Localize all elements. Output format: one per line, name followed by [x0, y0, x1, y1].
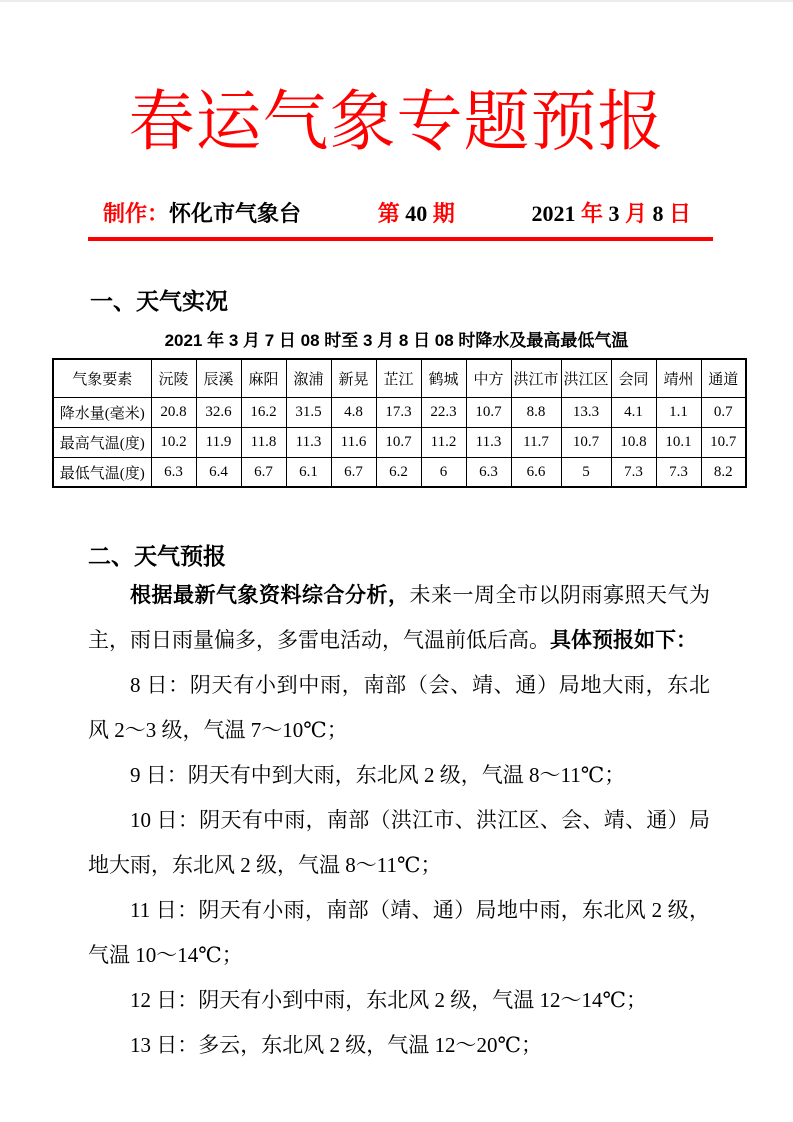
producer-value: 怀化市气象台	[169, 201, 301, 226]
table-cell: 10.1	[656, 427, 701, 457]
table-header-cell: 麻阳	[241, 359, 286, 397]
table-cell: 11.6	[331, 427, 376, 457]
table-cell: 6.2	[376, 457, 421, 487]
table-cell: 6.6	[511, 457, 561, 487]
issue-prefix: 第	[378, 201, 400, 226]
table-row: 降水量(毫米)20.832.616.231.54.817.322.310.78.…	[53, 397, 746, 427]
table-header-cell: 靖州	[656, 359, 701, 397]
table-cell: 1.1	[656, 397, 701, 427]
table-row: 最低气温(度)6.36.46.76.16.76.266.36.657.37.38…	[53, 457, 746, 487]
table-header-cell: 辰溪	[196, 359, 241, 397]
table-header-cell: 洪江区	[561, 359, 611, 397]
table-header-cell: 气象要素	[53, 359, 151, 397]
table-cell: 10.7	[376, 427, 421, 457]
table-cell: 32.6	[196, 397, 241, 427]
table-cell: 6.3	[151, 457, 196, 487]
table-header-cell: 溆浦	[286, 359, 331, 397]
table-cell: 6.3	[466, 457, 511, 487]
forecast-paragraph: 9 日：阴天有中到大雨，东北风 2 级，气温 8～11℃；	[88, 753, 710, 798]
table-cell: 4.8	[331, 397, 376, 427]
forecast-paragraph: 8 日：阴天有小到中雨，南部（会、靖、通）局地大雨，东北风 2～3 级，气温 7…	[88, 663, 710, 753]
date-day: 8	[652, 201, 663, 226]
table-cell: 6.7	[241, 457, 286, 487]
table-cell: 13.3	[561, 397, 611, 427]
row-label-cell: 降水量(毫米)	[53, 397, 151, 427]
table-cell: 6	[421, 457, 466, 487]
table-header-cell: 沅陵	[151, 359, 196, 397]
weather-table-title: 2021 年 3 月 7 日 08 时至 3 月 8 日 08 时降水及最高最低…	[0, 326, 793, 351]
table-cell: 7.3	[656, 457, 701, 487]
producer-label: 制作：	[103, 201, 169, 226]
table-header-row: 气象要素沅陵辰溪麻阳溆浦新晃芷江鹤城中方洪江市洪江区会同靖州通道	[53, 359, 746, 397]
table-cell: 8.8	[511, 397, 561, 427]
table-cell: 11.9	[196, 427, 241, 457]
document-title: 春运气象专题预报	[0, 2, 793, 157]
table-cell: 6.7	[331, 457, 376, 487]
table-cell: 16.2	[241, 397, 286, 427]
table-cell: 4.1	[611, 397, 656, 427]
table-cell: 0.7	[701, 397, 746, 427]
weather-table: 气象要素沅陵辰溪麻阳溆浦新晃芷江鹤城中方洪江市洪江区会同靖州通道降水量(毫米)2…	[52, 358, 747, 488]
row-label-cell: 最低气温(度)	[53, 457, 151, 487]
table-cell: 6.1	[286, 457, 331, 487]
date-year: 2021	[531, 201, 575, 226]
table-cell: 10.7	[561, 427, 611, 457]
table-header-cell: 会同	[611, 359, 656, 397]
date-year-unit: 年	[581, 201, 603, 226]
table-cell: 11.8	[241, 427, 286, 457]
forecast-paragraph: 13 日：多云，东北风 2 级，气温 12～20℃；	[88, 1023, 710, 1068]
forecast-list: 8 日：阴天有小到中雨，南部（会、靖、通）局地大雨，东北风 2～3 级，气温 7…	[88, 663, 710, 1068]
table-header-cell: 通道	[701, 359, 746, 397]
table-cell: 22.3	[421, 397, 466, 427]
forecast-paragraph: 12 日：阴天有小到中雨，东北风 2 级，气温 12～14℃；	[88, 978, 710, 1023]
table-cell: 10.2	[151, 427, 196, 457]
table-cell: 11.2	[421, 427, 466, 457]
forecast-paragraph: 10 日：阴天有中雨，南部（洪江市、洪江区、会、靖、通）局地大雨，东北风 2 级…	[88, 798, 710, 888]
intro-bold-lead: 根据最新气象资料综合分析，	[130, 584, 410, 607]
table-header-cell: 鹤城	[421, 359, 466, 397]
issue-suffix: 期	[433, 201, 455, 226]
table-cell: 11.7	[511, 427, 561, 457]
table-cell: 10.7	[466, 397, 511, 427]
table-header-cell: 新晃	[331, 359, 376, 397]
table-cell: 10.7	[701, 427, 746, 457]
intro-bold-tail: 具体预报如下：	[550, 629, 697, 652]
meta-row: 制作：怀化市气象台 第 40 期 2021 年 3 月 8 日	[88, 197, 713, 241]
forecast-intro-paragraph: 根据最新气象资料综合分析，未来一周全市以阴雨寡照天气为主，雨日雨量偏多，多雷电活…	[88, 573, 710, 663]
document-page: 春运气象专题预报 制作：怀化市气象台 第 40 期 2021 年 3 月 8 日…	[0, 0, 793, 1122]
producer: 制作：怀化市气象台	[103, 197, 301, 228]
table-cell: 17.3	[376, 397, 421, 427]
date-day-unit: 日	[669, 201, 691, 226]
date-month-unit: 月	[625, 201, 647, 226]
issue-date: 2021 年 3 月 8 日	[531, 197, 691, 228]
date-month: 3	[608, 201, 619, 226]
table-row: 最高气温(度)10.211.911.811.311.610.711.211.31…	[53, 427, 746, 457]
table-cell: 31.5	[286, 397, 331, 427]
row-label-cell: 最高气温(度)	[53, 427, 151, 457]
forecast-paragraph: 11 日：阴天有小雨，南部（靖、通）局地中雨，东北风 2 级，气温 10～14℃…	[88, 888, 710, 978]
table-header-cell: 中方	[466, 359, 511, 397]
table-cell: 11.3	[286, 427, 331, 457]
issue-value: 40	[405, 201, 427, 226]
table-cell: 6.4	[196, 457, 241, 487]
table-cell: 10.8	[611, 427, 656, 457]
table-cell: 20.8	[151, 397, 196, 427]
table-cell: 7.3	[611, 457, 656, 487]
issue-number: 第 40 期	[378, 197, 455, 228]
section-forecast: 二、天气预报 根据最新气象资料综合分析，未来一周全市以阴雨寡照天气为主，雨日雨量…	[88, 538, 710, 1068]
table-cell: 11.3	[466, 427, 511, 457]
section-heading-actual-weather: 一、天气实况	[90, 283, 793, 316]
section-heading-forecast: 二、天气预报	[88, 538, 710, 571]
table-header-cell: 芷江	[376, 359, 421, 397]
table-header-cell: 洪江市	[511, 359, 561, 397]
table-cell: 8.2	[701, 457, 746, 487]
table-cell: 5	[561, 457, 611, 487]
